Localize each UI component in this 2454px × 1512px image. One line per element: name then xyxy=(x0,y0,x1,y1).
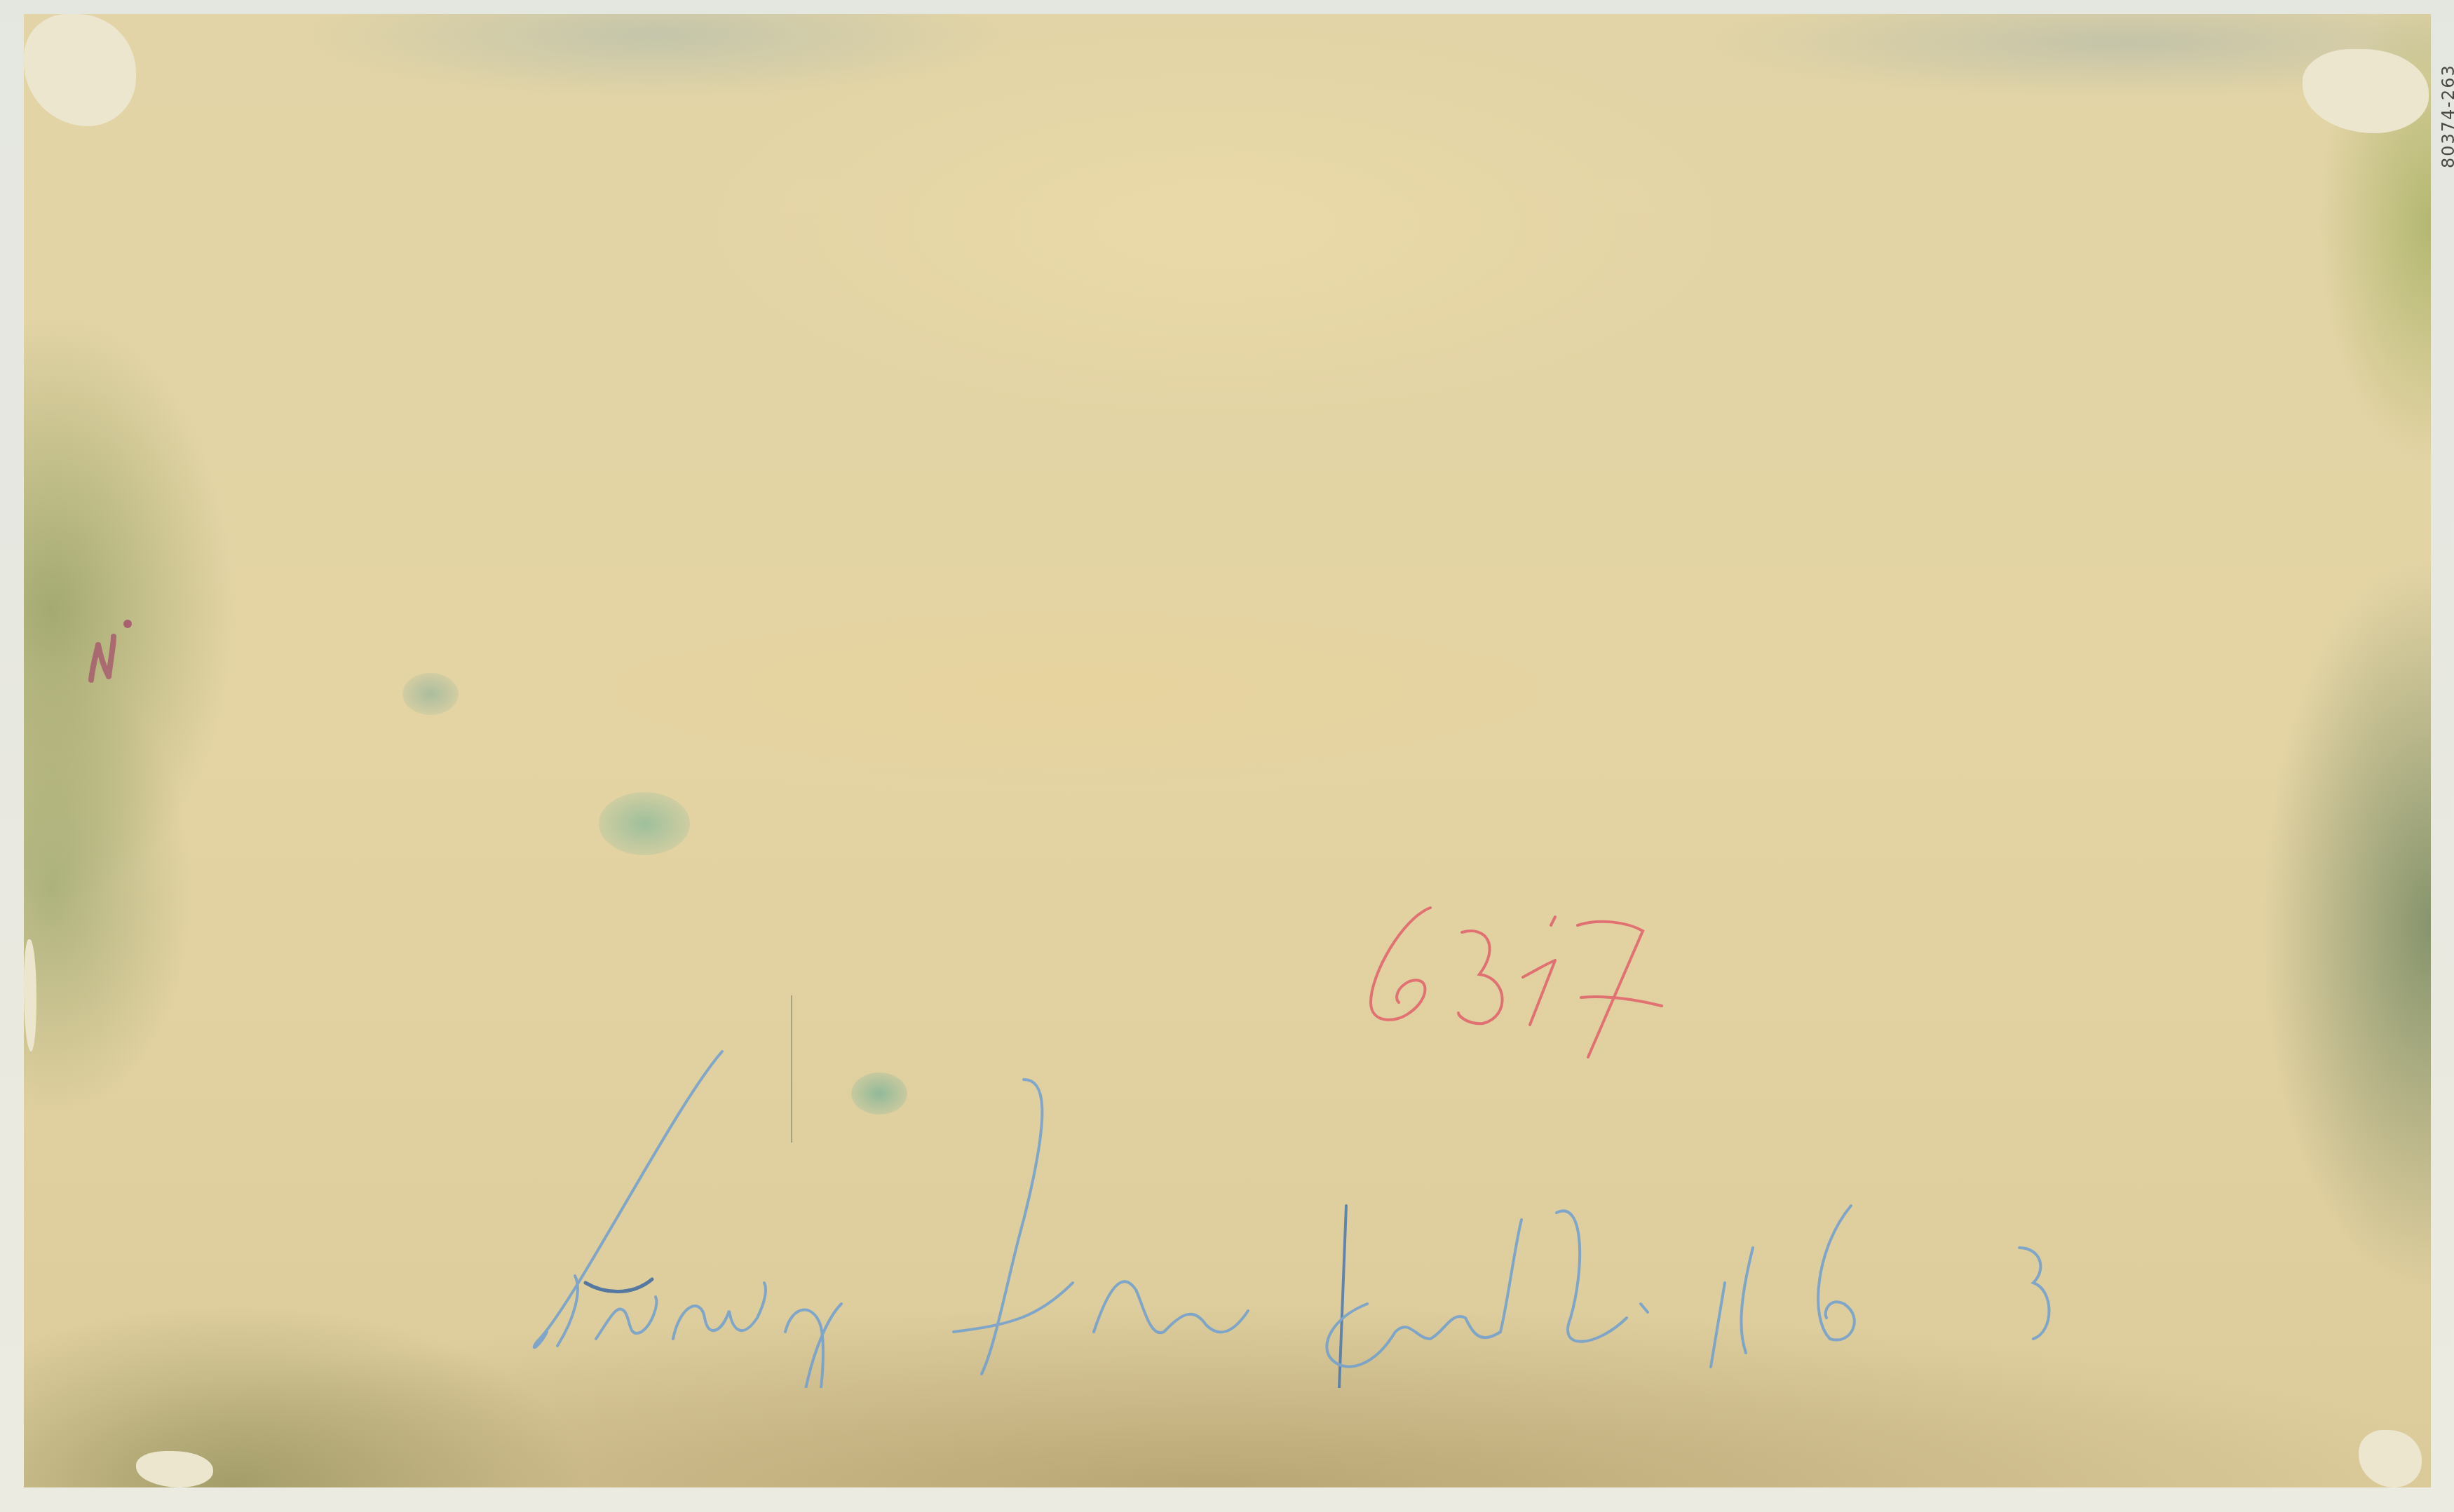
inventory-number-vertical: 80374-263 xyxy=(2439,64,2454,168)
paper-loss-top-left xyxy=(24,14,136,126)
green-stain-spot xyxy=(402,673,459,715)
paper-loss-top-right xyxy=(2303,49,2429,133)
paper-loss-bottom-right xyxy=(2359,1430,2422,1487)
artist-signature xyxy=(491,1037,2103,1388)
green-stain-spot xyxy=(599,792,690,855)
paper-loss-left-edge xyxy=(24,939,36,1051)
purple-mark xyxy=(84,617,133,687)
paper-loss-bottom-left xyxy=(136,1451,213,1487)
